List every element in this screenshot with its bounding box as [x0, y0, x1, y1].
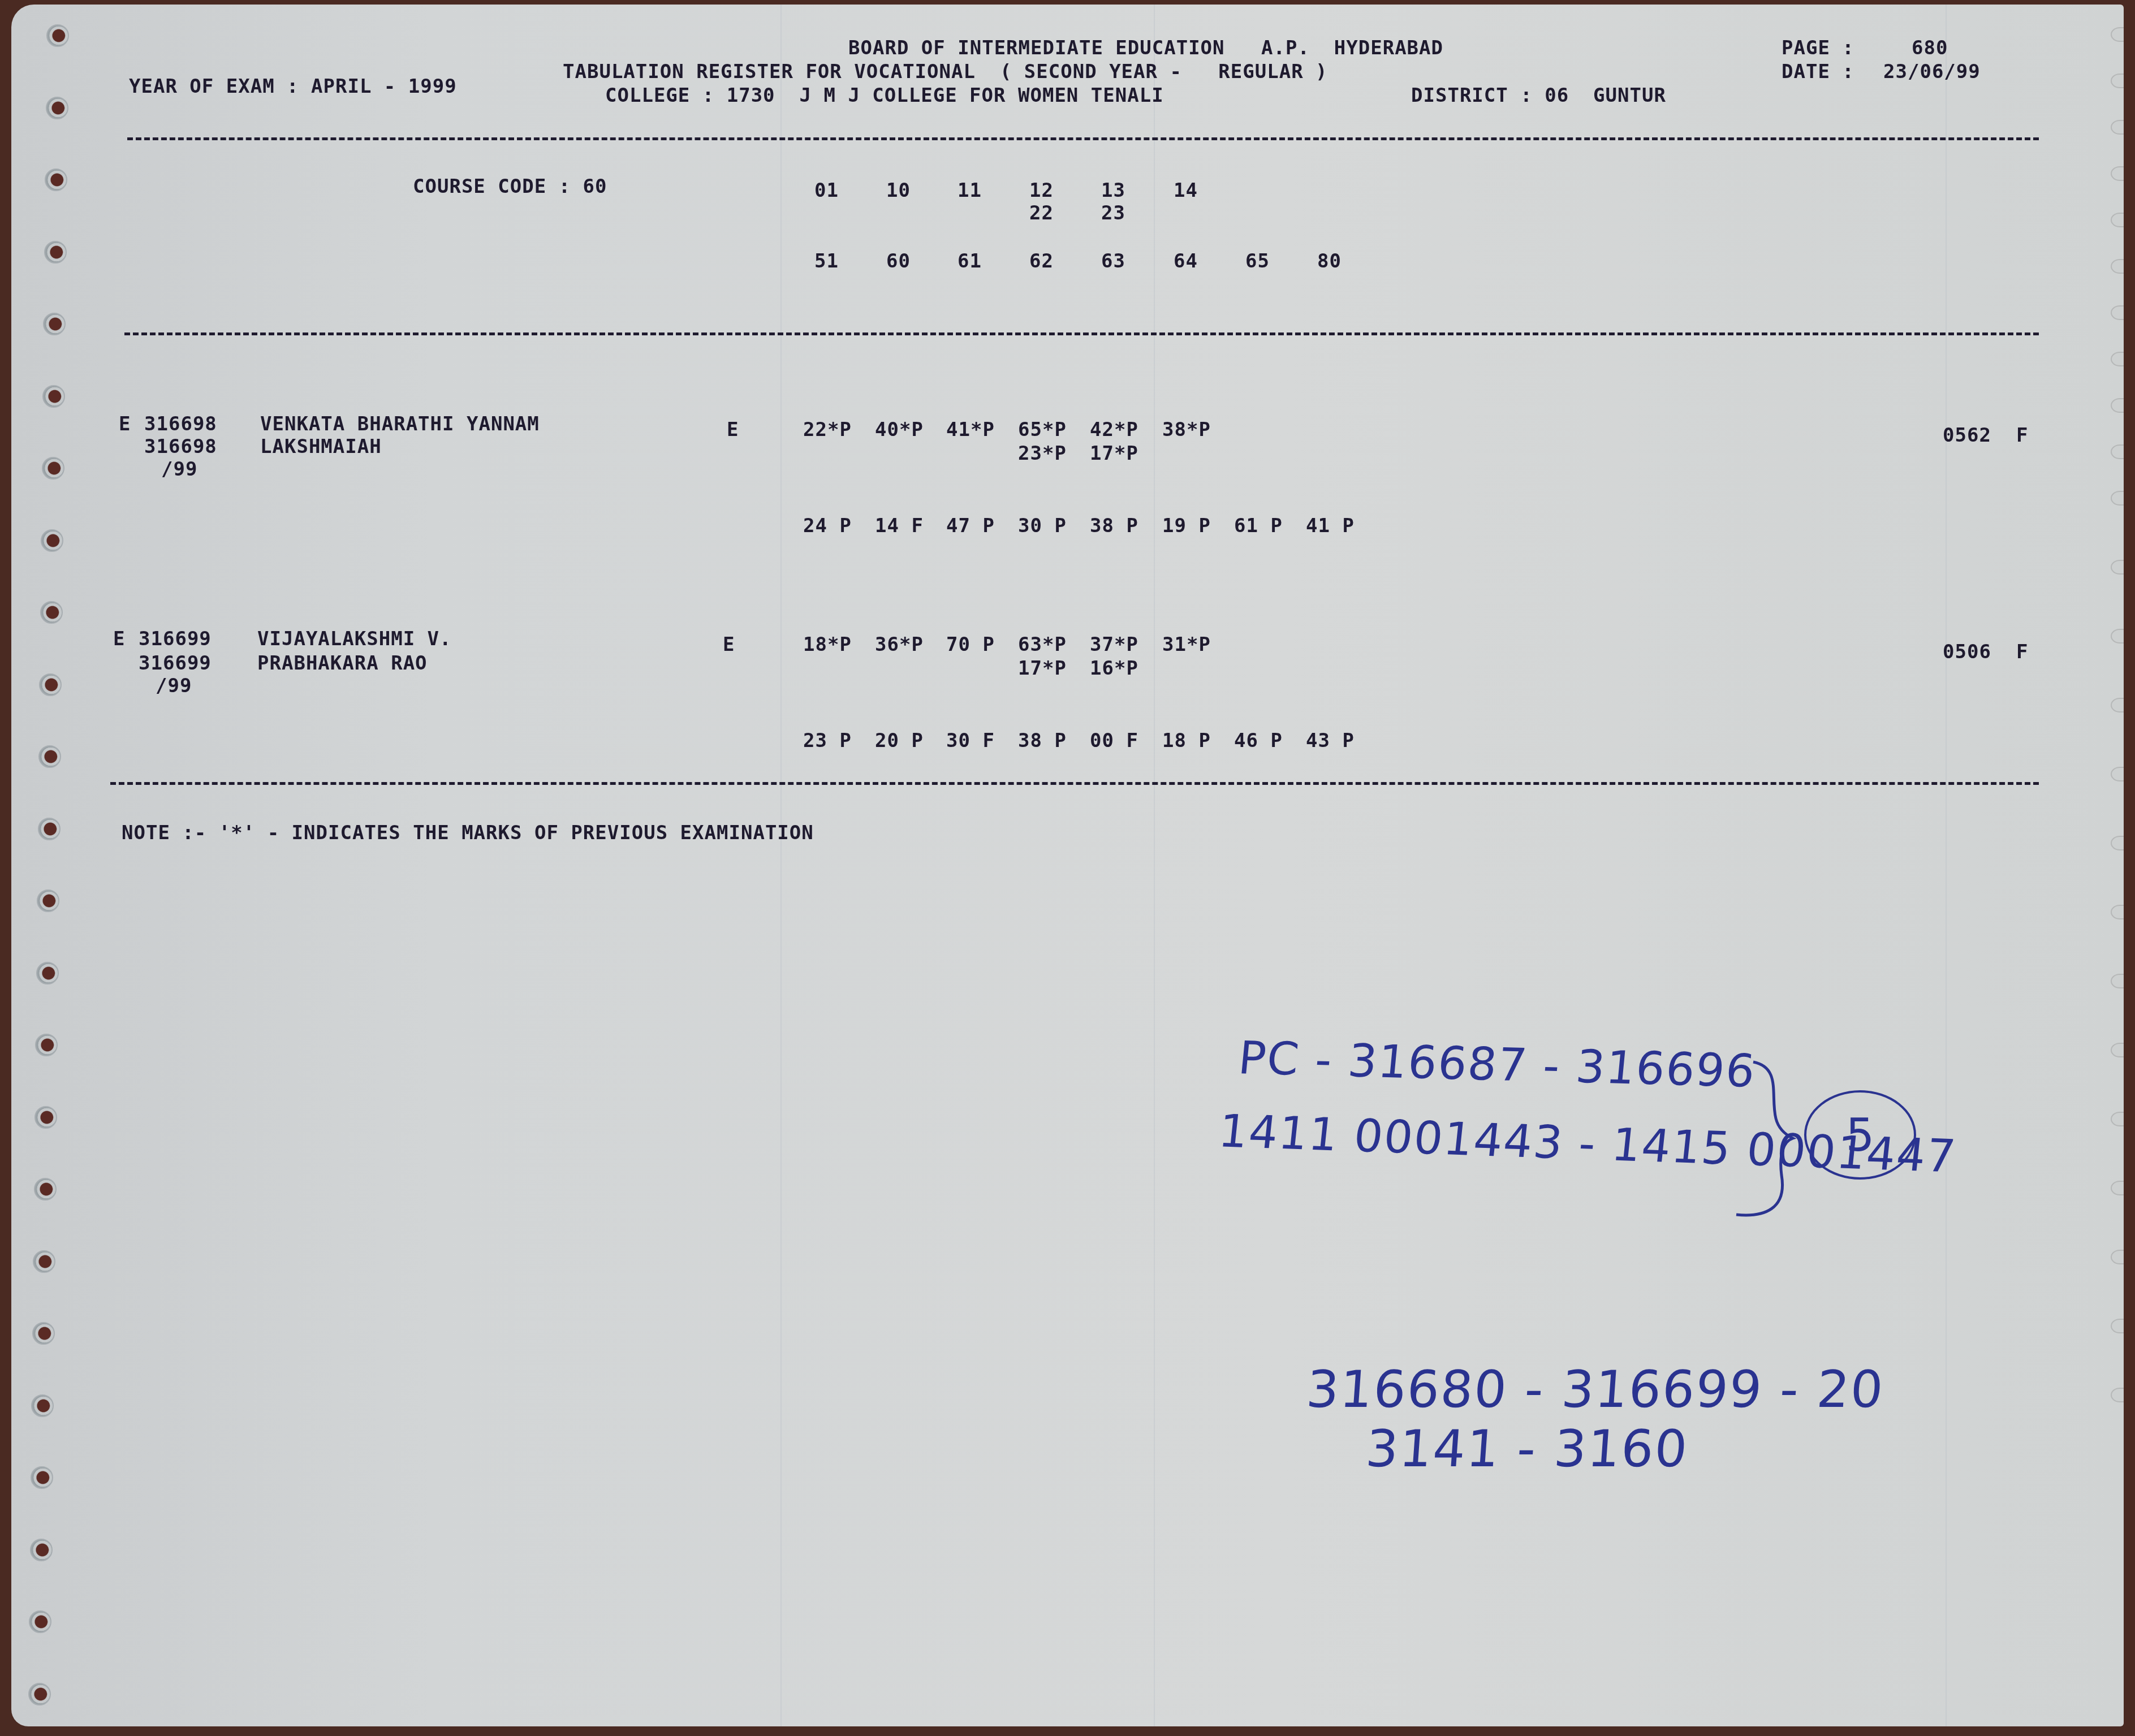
- feed-hole: [38, 818, 61, 840]
- feed-hole: [2111, 74, 2124, 88]
- subject-code: 65: [1245, 252, 1270, 271]
- feed-hole: [2111, 1250, 2124, 1264]
- subject-mark: 41 P: [1306, 516, 1355, 536]
- page-number: 680: [1912, 38, 1948, 58]
- date-label: DATE :: [1782, 62, 1854, 81]
- subject-mark: 36*P: [875, 635, 924, 654]
- footnote: NOTE :- '*' - INDICATES THE MARKS OF PRE…: [122, 823, 814, 843]
- feed-hole: [2111, 444, 2124, 459]
- subject-code: 62: [1029, 252, 1054, 271]
- feed-hole: [2111, 27, 2124, 42]
- record-flag: E: [113, 629, 125, 649]
- subject-mark: 38 P: [1090, 516, 1138, 536]
- feed-hole: [2111, 836, 2124, 850]
- feed-hole: [28, 1683, 51, 1705]
- hall-ticket-number: 316698: [144, 414, 217, 434]
- year-of-exam: YEAR OF EXAM : APRIL - 1999: [129, 77, 457, 96]
- subject-mark: 14 F: [875, 516, 924, 536]
- medium: E: [723, 635, 735, 654]
- student-name: VENKATA BHARATHI YANNAM: [260, 414, 540, 434]
- feed-hole: [2111, 120, 2124, 135]
- medium: E: [727, 420, 739, 439]
- page-label: PAGE :: [1782, 38, 1854, 58]
- feed-hole: [2111, 974, 2124, 988]
- subject-code: 22: [1029, 204, 1054, 223]
- district-info: DISTRICT : 06 GUNTUR: [1411, 86, 1666, 105]
- feed-hole: [2111, 1319, 2124, 1333]
- divider-line: [127, 137, 2039, 140]
- circled-count: 5: [1804, 1090, 1916, 1180]
- feed-hole: [2111, 767, 2124, 781]
- subject-mark: 30 P: [1018, 516, 1067, 536]
- feed-hole: [2111, 259, 2124, 274]
- subject-mark: 70 P: [946, 635, 995, 654]
- subject-mark: 23*P: [1018, 444, 1067, 463]
- feed-hole: [2111, 1181, 2124, 1195]
- feed-hole: [43, 313, 66, 335]
- subject-mark: 20 P: [875, 731, 924, 750]
- year-suffix: /99: [156, 676, 192, 696]
- subject-mark: 41*P: [946, 420, 995, 439]
- subject-mark: 18*P: [803, 635, 852, 654]
- subject-mark: 42*P: [1090, 420, 1138, 439]
- feed-hole: [2111, 166, 2124, 181]
- subject-mark: 38*P: [1162, 420, 1211, 439]
- feed-hole: [2111, 398, 2124, 413]
- subject-mark: 40*P: [875, 420, 924, 439]
- subject-mark: 38 P: [1018, 731, 1067, 750]
- subject-code: 12: [1029, 181, 1054, 200]
- feed-hole: [2111, 305, 2124, 320]
- father-name: LAKSHMAIAH: [260, 437, 382, 456]
- tabulation-register-sheet: BOARD OF INTERMEDIATE EDUCATION A.P. HYD…: [11, 5, 2124, 1726]
- registration-number: 316699: [139, 654, 212, 673]
- subject-mark: 18 P: [1162, 731, 1211, 750]
- feed-hole: [44, 241, 67, 264]
- subject-mark: 63*P: [1018, 635, 1067, 654]
- subject-mark: 17*P: [1018, 659, 1067, 678]
- feed-hole: [42, 457, 64, 480]
- subject-mark: 17*P: [1090, 444, 1138, 463]
- subject-mark: 23 P: [803, 731, 852, 750]
- feed-hole: [2111, 629, 2124, 644]
- father-name: PRABHAKARA RAO: [257, 654, 428, 673]
- feed-hole: [40, 601, 63, 624]
- divider-line: [110, 782, 2039, 785]
- feed-hole: [32, 1322, 55, 1345]
- subject-mark: 19 P: [1162, 516, 1211, 536]
- subject-code: 14: [1174, 181, 1198, 200]
- subject-mark: 00 F: [1090, 731, 1138, 750]
- subject-code: 60: [886, 252, 911, 271]
- course-code: COURSE CODE : 60: [413, 177, 607, 196]
- subject-mark: 43 P: [1306, 731, 1355, 750]
- subject-mark: 47 P: [946, 516, 995, 536]
- subject-mark: 30 F: [946, 731, 995, 750]
- feed-hole: [41, 529, 63, 552]
- handwritten-sub-range: 3141 - 3160: [1364, 1424, 1690, 1475]
- divider-line: [124, 332, 2039, 335]
- feed-hole: [36, 962, 59, 984]
- feed-hole: [34, 1178, 57, 1200]
- feed-hole: [42, 385, 65, 408]
- feed-hole: [2111, 213, 2124, 227]
- subject-code: 61: [957, 252, 982, 271]
- feed-hole: [35, 1034, 58, 1056]
- feed-hole: [34, 1106, 57, 1129]
- college-info: COLLEGE : 1730 J M J COLLEGE FOR WOMEN T…: [605, 86, 1164, 105]
- feed-hole: [2111, 1112, 2124, 1126]
- feed-hole: [2111, 1388, 2124, 1402]
- feed-hole: [38, 745, 61, 768]
- result-status: F: [2016, 642, 2028, 662]
- result-status: F: [2016, 426, 2028, 445]
- feed-hole: [45, 169, 67, 191]
- subject-mark: 61 P: [1234, 516, 1283, 536]
- handwritten-roll-range: 316680 - 316699 - 20: [1305, 1364, 1886, 1415]
- register-title: TABULATION REGISTER FOR VOCATIONAL ( SEC…: [563, 62, 1328, 81]
- subject-code: 63: [1101, 252, 1125, 271]
- student-name: VIJAYALAKSHMI V.: [257, 629, 452, 649]
- total-marks: 0562: [1943, 426, 1991, 445]
- feed-hole: [46, 97, 68, 119]
- print-date: 23/06/99: [1883, 62, 1981, 81]
- subject-code: 64: [1174, 252, 1198, 271]
- subject-code: 11: [957, 181, 982, 200]
- subject-code: 80: [1317, 252, 1342, 271]
- board-title: BOARD OF INTERMEDIATE EDUCATION A.P. HYD…: [848, 38, 1443, 58]
- subject-mark: 31*P: [1162, 635, 1211, 654]
- total-marks: 0506: [1943, 642, 1991, 662]
- feed-hole: [31, 1466, 53, 1489]
- subject-mark: 24 P: [803, 516, 852, 536]
- feed-hole: [2111, 352, 2124, 366]
- subject-mark: 46 P: [1234, 731, 1283, 750]
- subject-code: 10: [886, 181, 911, 200]
- feed-hole: [39, 673, 62, 696]
- feed-hole: [31, 1394, 54, 1417]
- feed-hole: [30, 1539, 53, 1561]
- year-suffix: /99: [161, 460, 197, 479]
- subject-code: 13: [1101, 181, 1125, 200]
- subject-mark: 22*P: [803, 420, 852, 439]
- hall-ticket-number: 316699: [139, 629, 212, 649]
- feed-hole: [2111, 491, 2124, 506]
- subject-mark: 65*P: [1018, 420, 1067, 439]
- feed-hole: [33, 1250, 55, 1273]
- handwritten-pc-range: PC - 316687 - 316696: [1236, 1035, 1758, 1094]
- feed-hole: [37, 889, 59, 912]
- feed-hole: [2111, 698, 2124, 712]
- feed-hole: [2111, 1043, 2124, 1057]
- subject-code: 51: [814, 252, 839, 271]
- feed-hole: [2111, 560, 2124, 575]
- feed-hole: [2111, 905, 2124, 919]
- subject-code: 01: [814, 181, 839, 200]
- feed-hole: [29, 1610, 51, 1633]
- subject-mark: 16*P: [1090, 659, 1138, 678]
- subject-code: 23: [1101, 204, 1125, 223]
- registration-number: 316698: [144, 437, 217, 456]
- feed-hole: [46, 24, 69, 47]
- subject-mark: 37*P: [1090, 635, 1138, 654]
- record-flag: E: [119, 414, 131, 434]
